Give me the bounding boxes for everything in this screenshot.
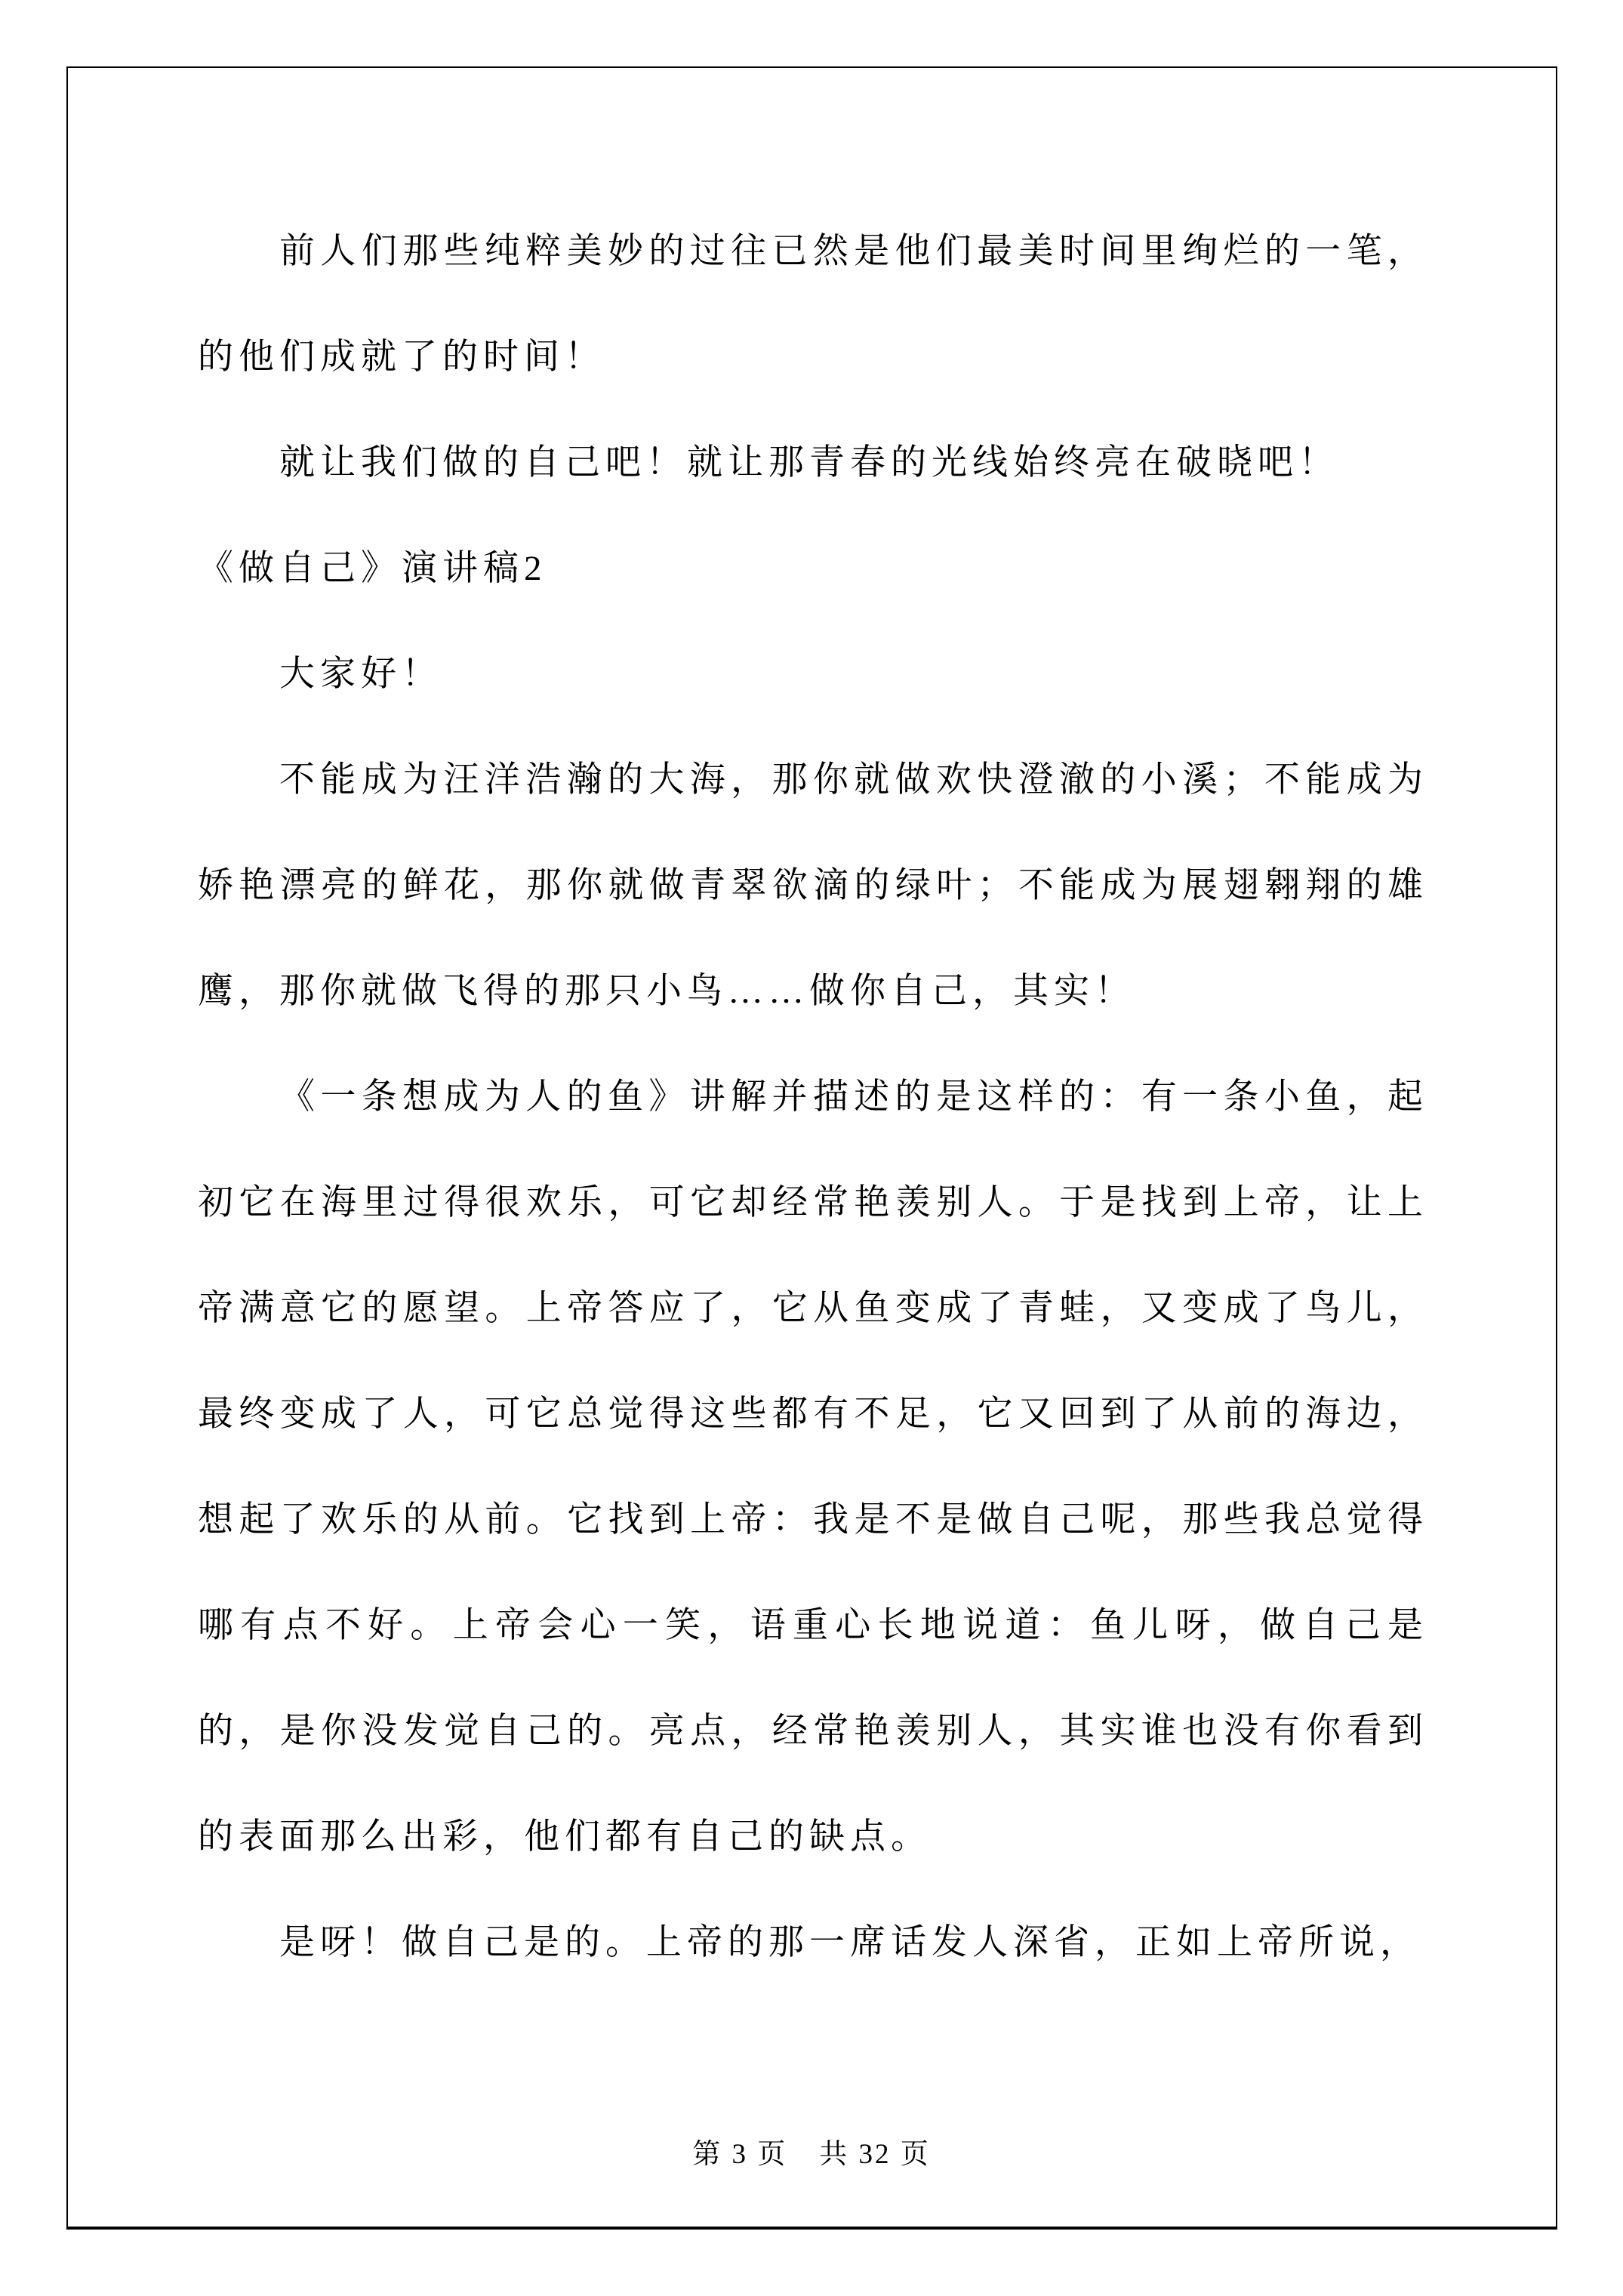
paragraph: 前人们那些纯粹美妙的过往已然是他们最美时间里绚烂的一笔，的他们成就了的时间！ — [198, 199, 1428, 410]
paragraph: 不能成为汪洋浩瀚的大海，那你就做欢快澄澈的小溪；不能成为娇艳漂亮的鲜花，那你就做… — [198, 727, 1428, 1044]
paragraph: 大家好！ — [198, 621, 1428, 727]
footer-page-total: 共 32 页 — [819, 2139, 931, 2170]
document-body: 前人们那些纯粹美妙的过往已然是他们最美时间里绚烂的一笔，的他们成就了的时间！ 就… — [198, 199, 1428, 1996]
paragraph: 《一条想成为人的鱼》讲解并描述的是这样的：有一条小鱼，起初它在海里过得很欢乐，可… — [198, 1044, 1428, 1890]
document-page: { "page": { "footer": { "page_info": "第 … — [0, 0, 1623, 2296]
footer-page-number: 第 3 页 — [692, 2139, 787, 2170]
paragraph: 是呀！做自己是的。上帝的那一席话发人深省，正如上帝所说， — [198, 1890, 1428, 1996]
paragraph: 就让我们做的自己吧！就让那青春的光线始终亮在破晓吧！ — [198, 410, 1428, 516]
section-heading: 《做自己》演讲稿2 — [198, 516, 1428, 621]
page-footer: 第 3 页共 32 页 — [0, 2131, 1623, 2171]
